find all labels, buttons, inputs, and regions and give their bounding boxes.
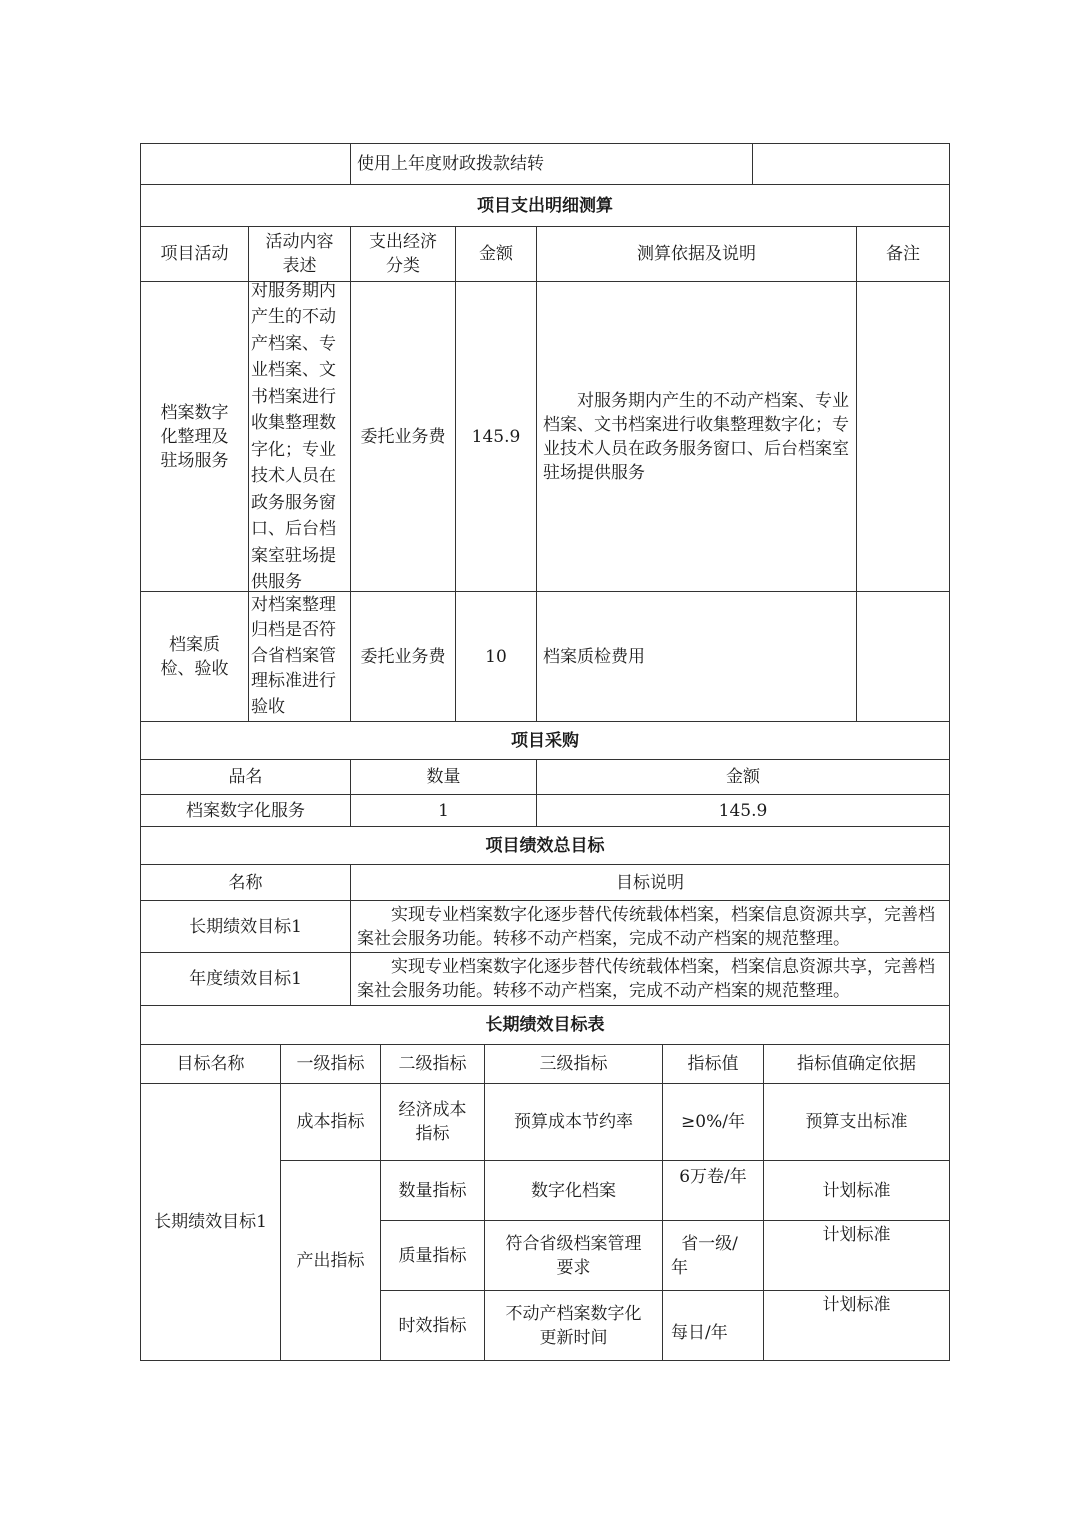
lt-header-value: 指标值 — [662, 1044, 764, 1084]
expense-row2-description-text: 对档案整理归档是否符合省档案管理标准进行验收 — [251, 593, 341, 721]
lt-level1-cost: 成本指标 — [280, 1083, 381, 1161]
expense-row2-category: 委托业务费 — [350, 591, 456, 722]
procurement-row1-amount: 145.9 — [536, 794, 950, 827]
lt-level1-output: 产出指标 — [280, 1160, 381, 1361]
lt-row2-level3: 数字化档案 — [484, 1160, 663, 1221]
funding-source-text: 使用上年度财政拨款结转 — [357, 152, 544, 176]
funding-source-label: 使用上年度财政拨款结转 — [350, 143, 753, 185]
lt-row1-value: ≥0%/年 — [662, 1083, 764, 1161]
performance-goal-row2-name: 年度绩效目标1 — [140, 952, 351, 1006]
procurement-header-quantity: 数量 — [350, 759, 537, 795]
performance-goal-row1-text: 实现专业档案数字化逐步替代传统载体档案，档案信息资源共享，完善档案社会服务功能。… — [357, 903, 943, 951]
expense-header-remark: 备注 — [856, 226, 950, 282]
expense-row1-activity: 档案数字化整理及驻场服务 — [140, 281, 249, 592]
expense-row1-description: 对服务期内产生的不动产档案、专业档案、文书档案进行收集整理数字化；专业技术人员在… — [248, 281, 351, 592]
expense-header-basis: 测算依据及说明 — [536, 226, 857, 282]
lt-row4-level2: 时效指标 — [380, 1290, 485, 1361]
lt-row1-level2: 经济成本指标 — [380, 1083, 485, 1161]
procurement-section-title: 项目采购 — [140, 721, 950, 760]
performance-goals-title: 项目绩效总目标 — [140, 826, 950, 865]
lt-row3-level3-text: 符合省级档案管理要求 — [503, 1232, 644, 1280]
expense-row1-basis: 对服务期内产生的不动产档案、专业档案、文书档案进行收集整理数字化；专业技术人员在… — [536, 281, 857, 592]
funding-row-blank-cell — [140, 143, 351, 185]
lt-header-level2: 二级指标 — [380, 1044, 485, 1084]
expense-row2-amount: 10 — [455, 591, 537, 722]
performance-goal-row2-description: 实现专业档案数字化逐步替代传统载体档案，档案信息资源共享，完善档案社会服务功能。… — [350, 952, 950, 1006]
lt-header-basis: 指标值确定依据 — [763, 1044, 950, 1084]
expense-row1-category: 委托业务费 — [350, 281, 456, 592]
lt-row3-value: 省一级/年 — [662, 1220, 764, 1291]
expense-header-activity: 项目活动 — [140, 226, 249, 282]
expense-header-category: 支出经济 分类 — [350, 226, 456, 282]
lt-header-level3: 三级指标 — [484, 1044, 663, 1084]
performance-goal-row1-description: 实现专业档案数字化逐步替代传统载体档案，档案信息资源共享，完善档案社会服务功能。… — [350, 900, 950, 953]
expense-row2-activity-text: 档案质检、验收 — [159, 633, 231, 681]
lt-header-level1: 一级指标 — [280, 1044, 381, 1084]
expense-header-amount: 金额 — [455, 226, 537, 282]
procurement-header-name: 品名 — [140, 759, 351, 795]
expense-row1-basis-text: 对服务期内产生的不动产档案、专业档案、文书档案进行收集整理数字化；专业技术人员在… — [543, 389, 850, 485]
expense-row2-basis: 档案质检费用 — [536, 591, 857, 722]
lt-row1-level2-text: 经济成本指标 — [397, 1098, 469, 1146]
lt-row3-level3: 符合省级档案管理要求 — [484, 1220, 663, 1291]
lt-row2-level2: 数量指标 — [380, 1160, 485, 1221]
performance-goals-header-name: 名称 — [140, 864, 351, 901]
budget-document-page: 使用上年度财政拨款结转 项目支出明细测算 项目活动 活动内容 表述 支出经济 分… — [0, 0, 1075, 1520]
expense-row2-description: 对档案整理归档是否符合省档案管理标准进行验收 — [248, 591, 351, 722]
expense-row1-amount: 145.9 — [455, 281, 537, 592]
expense-section-title: 项目支出明细测算 — [140, 184, 950, 227]
expense-row2-activity: 档案质检、验收 — [140, 591, 249, 722]
performance-goal-row1-name: 长期绩效目标1 — [140, 900, 351, 953]
expense-row2-remark — [856, 591, 950, 722]
lt-row1-level3: 预算成本节约率 — [484, 1083, 663, 1161]
lt-row1-basis: 预算支出标准 — [763, 1083, 950, 1161]
expense-row1-description-text: 对服务期内产生的不动产档案、专业档案、文书档案进行收集整理数字化；专业技术人员在… — [251, 278, 341, 596]
procurement-row1-quantity: 1 — [350, 794, 537, 827]
lt-row2-value: 6万卷/年 — [662, 1160, 764, 1221]
lt-row2-basis: 计划标准 — [763, 1160, 950, 1221]
lt-row4-basis: 计划标准 — [763, 1290, 950, 1361]
expense-header-description: 活动内容 表述 — [248, 226, 351, 282]
lt-goal-name: 长期绩效目标1 — [140, 1083, 281, 1361]
lt-row4-level3-text: 不动产档案数字化更新时间 — [503, 1302, 644, 1350]
performance-goals-header-description: 目标说明 — [350, 864, 950, 901]
funding-source-value — [752, 143, 950, 185]
long-term-table-title: 长期绩效目标表 — [140, 1005, 950, 1045]
lt-header-goal-name: 目标名称 — [140, 1044, 281, 1084]
lt-row4-level3: 不动产档案数字化更新时间 — [484, 1290, 663, 1361]
expense-row1-activity-text: 档案数字化整理及驻场服务 — [155, 401, 235, 473]
lt-row3-basis: 计划标准 — [763, 1220, 950, 1291]
lt-row4-value: 每日/年 — [662, 1290, 764, 1361]
performance-goal-row2-text: 实现专业档案数字化逐步替代传统载体档案，档案信息资源共享，完善档案社会服务功能。… — [357, 955, 943, 1003]
expense-row1-remark — [856, 281, 950, 592]
lt-row3-level2: 质量指标 — [380, 1220, 485, 1291]
lt-row3-value-text: 省一级/年 — [671, 1232, 746, 1280]
procurement-header-amount: 金额 — [536, 759, 950, 795]
procurement-row1-name: 档案数字化服务 — [140, 794, 351, 827]
